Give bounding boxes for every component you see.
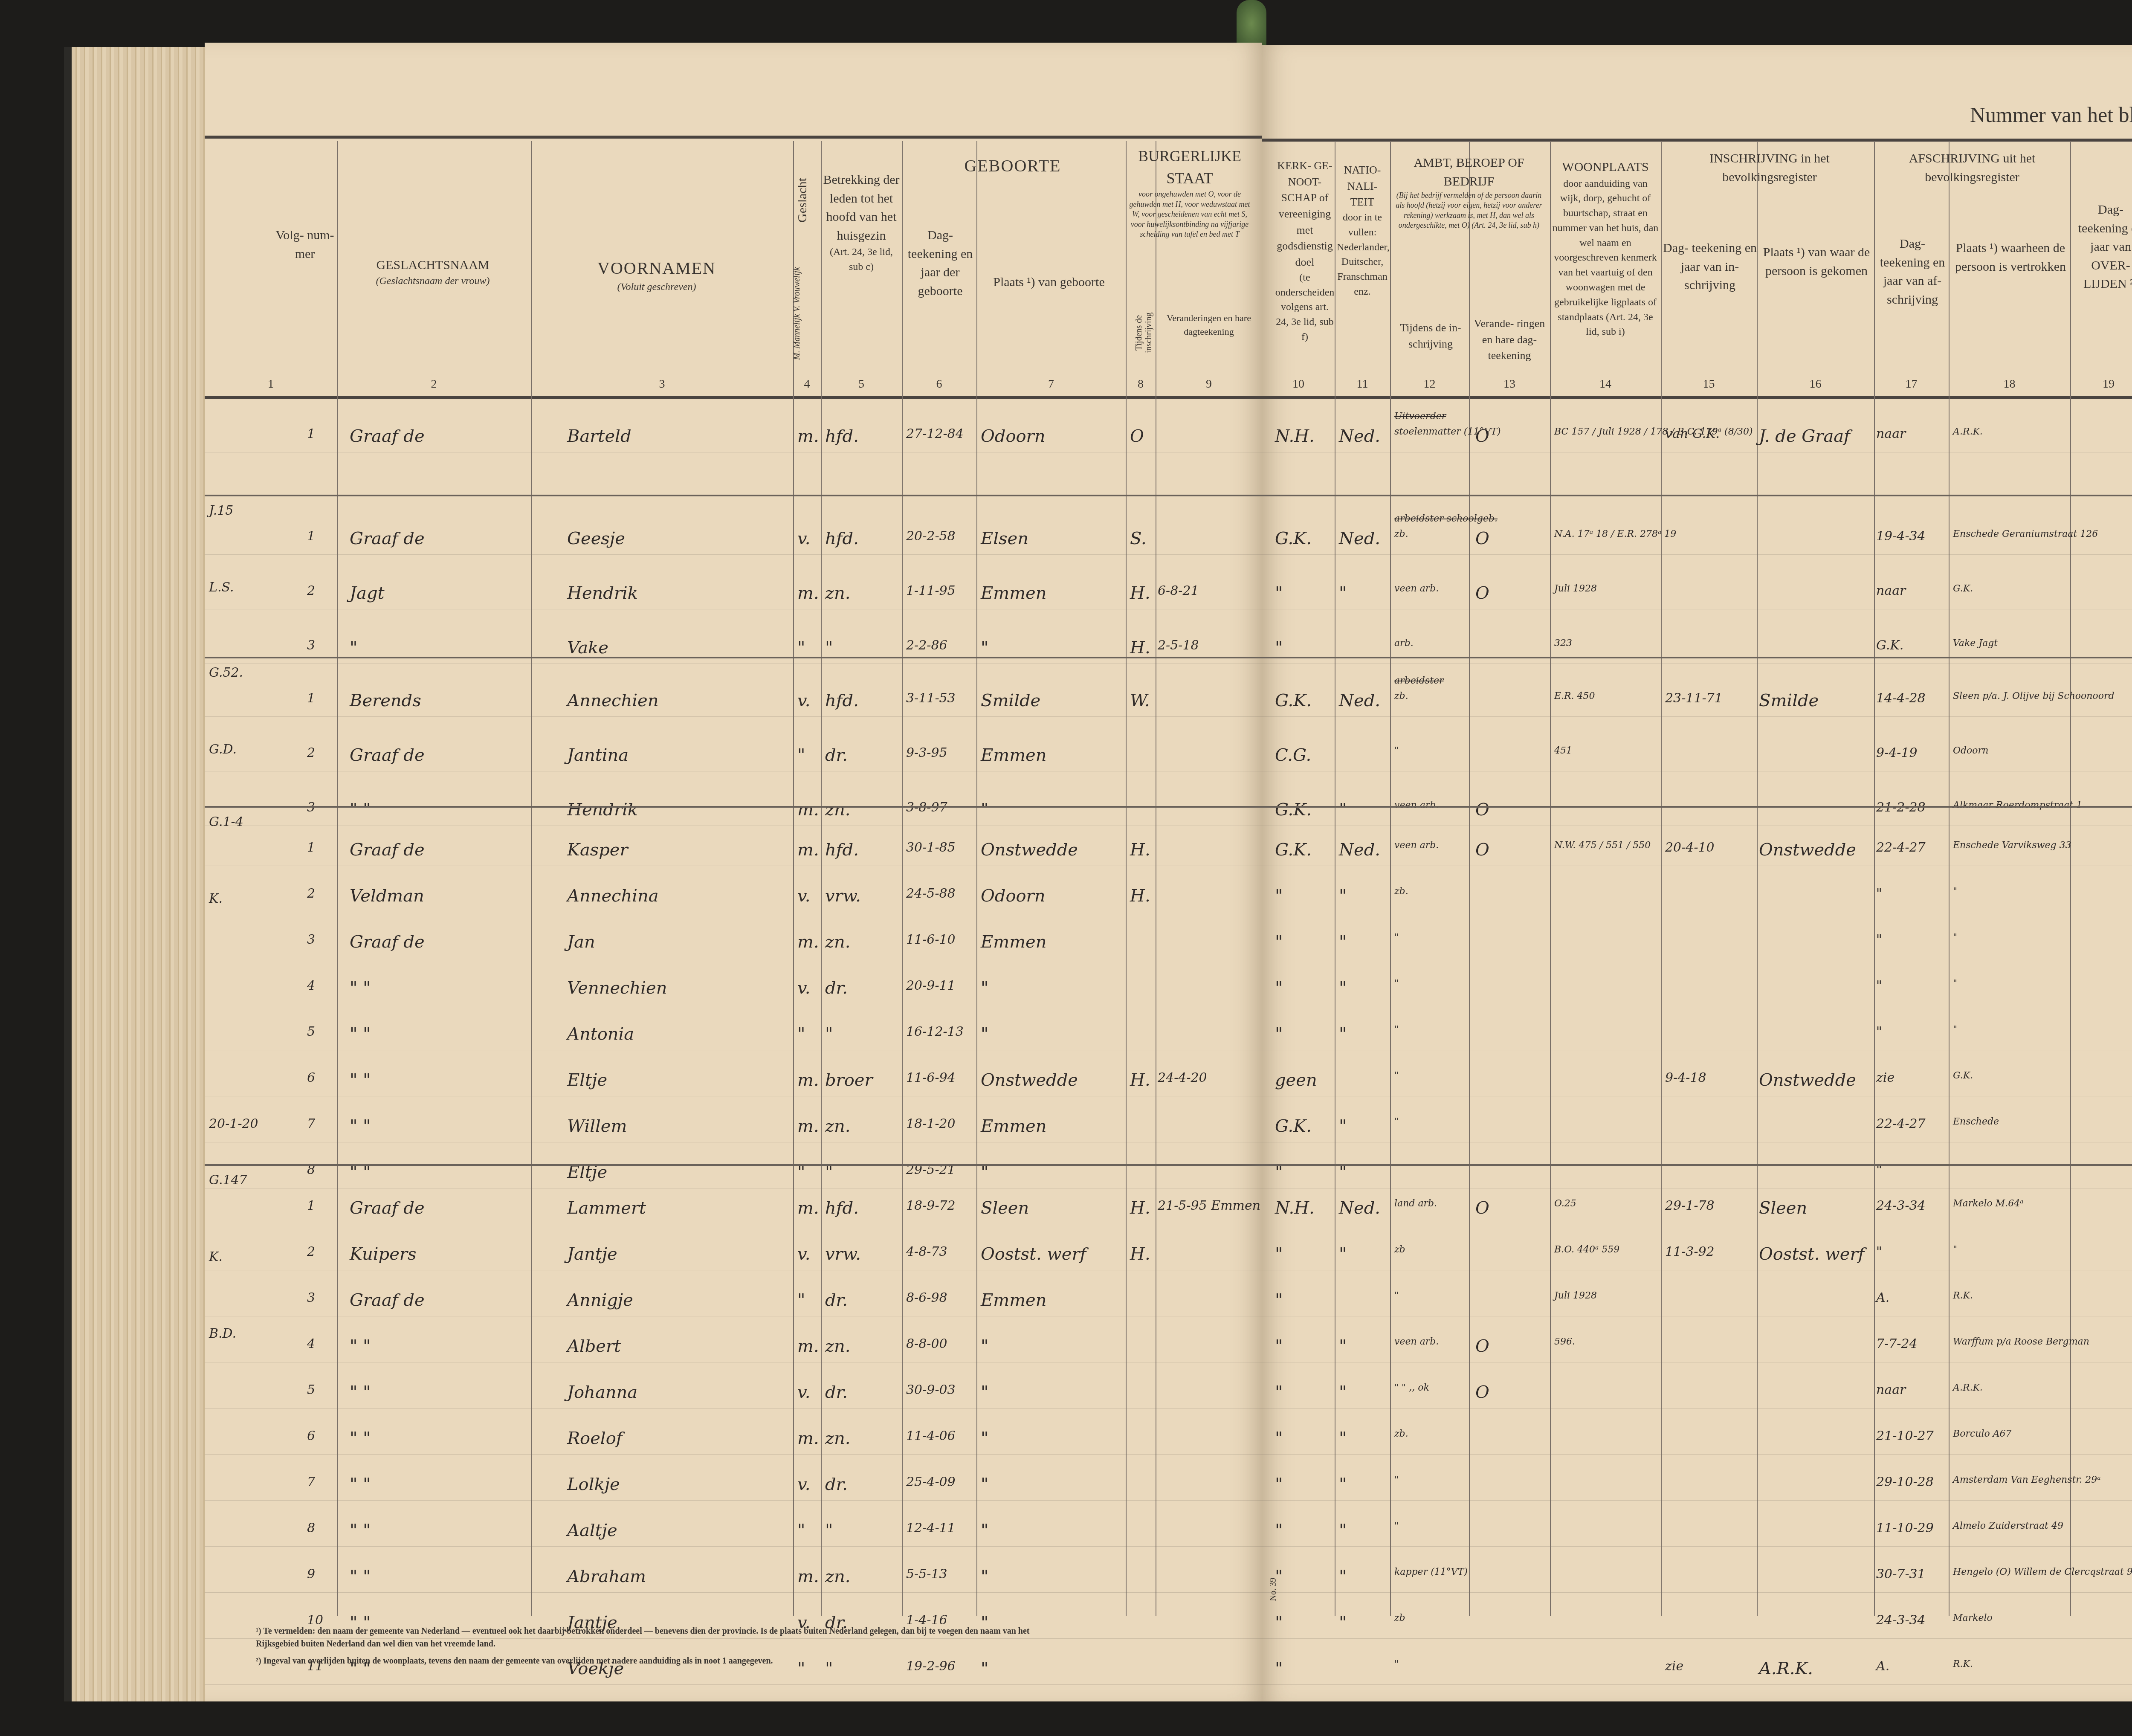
cell-surname: Graaf de xyxy=(350,745,425,765)
cell-born: 2-2-86 xyxy=(906,638,947,653)
cell-surname: Graaf de xyxy=(350,529,425,548)
cell-church: " xyxy=(1275,1613,1283,1632)
column-number: 10 xyxy=(1262,377,1335,391)
cell-job-change: O xyxy=(1475,529,1489,548)
cell-nr: 7 xyxy=(307,1116,315,1131)
cell-out-date: A. xyxy=(1876,1290,1889,1305)
cell-sex: m. xyxy=(797,1116,819,1136)
cell-rel: hfd. xyxy=(825,691,859,710)
cell-job: arb. xyxy=(1394,638,1414,649)
cell-address: Juli 1928 xyxy=(1554,1290,1597,1301)
cell-job: veen arb. xyxy=(1394,840,1439,851)
cell-born: 9-3-95 xyxy=(906,745,947,760)
header-bottom-rule-right xyxy=(1262,396,2132,399)
cell-nat: Ned. xyxy=(1339,691,1380,710)
col-header-5: Betrekking der leden tot het hoofd van h… xyxy=(823,171,900,275)
cell-sex: v. xyxy=(797,529,811,548)
col-header-6: Dag- teekening en jaar der geboorte xyxy=(904,226,976,300)
cell-nat: " xyxy=(1339,1567,1347,1586)
column-number: 5 xyxy=(821,377,902,391)
cell-address: O.25 xyxy=(1554,1198,1576,1209)
cell-place: Emmen xyxy=(981,1290,1047,1310)
col-header-7: Plaats ¹) van geboorte xyxy=(976,273,1121,292)
cell-church: geen xyxy=(1275,1070,1317,1090)
cell-out-place: Enschede xyxy=(1953,1116,1999,1127)
margin-note: G.52. xyxy=(209,665,243,680)
cell-place: " xyxy=(981,1567,988,1586)
household-divider xyxy=(205,806,2132,808)
cell-place: " xyxy=(981,638,988,658)
cell-out-date: 30-7-31 xyxy=(1876,1567,1926,1582)
column-divider xyxy=(1874,141,1875,1616)
col-header-2: GESLACHTSNAAM(Geslachtsnaam der vrouw) xyxy=(337,256,529,288)
cell-nr: 4 xyxy=(307,978,315,993)
cell-first: Jantje xyxy=(567,1244,617,1264)
cell-out-date: 22-4-27 xyxy=(1876,1116,1926,1131)
cell-place: " xyxy=(981,1521,988,1540)
cell-civil: O xyxy=(1130,426,1144,446)
cell-first: Albert xyxy=(567,1336,621,1356)
cell-nat: " xyxy=(1339,1429,1347,1448)
cell-sex: " xyxy=(797,1521,805,1540)
cell-civil-change: 24-4-20 xyxy=(1158,1070,1207,1085)
cell-surname: " " xyxy=(350,800,371,820)
cell-first: Vennechien xyxy=(567,978,667,998)
cell-civil: H. xyxy=(1130,1244,1150,1264)
household-divider xyxy=(205,657,2132,658)
column-number: 3 xyxy=(531,377,793,391)
household-divider xyxy=(205,1164,2132,1166)
cell-sex: m. xyxy=(797,840,819,860)
cell-civil: S. xyxy=(1130,529,1147,548)
cell-nat: " xyxy=(1339,800,1347,820)
cell-out-place: Borculo A67 xyxy=(1953,1429,2012,1439)
cell-first: Kasper xyxy=(567,840,628,860)
cell-out-place: Hengelo (O) Willem de Clercqstraat 9 xyxy=(1953,1567,2132,1577)
column-divider xyxy=(531,141,532,1616)
cell-civil: H. xyxy=(1130,840,1150,860)
cell-nat: " xyxy=(1339,1244,1347,1264)
column-number: 1 xyxy=(205,377,337,391)
cell-church: " xyxy=(1275,1475,1283,1494)
cell-church: " xyxy=(1275,1336,1283,1356)
cell-nr: 1 xyxy=(307,840,315,855)
cell-church: N.H. xyxy=(1275,1198,1315,1218)
cell-out-place: Warffum p/a Roose Bergman xyxy=(1953,1336,2089,1347)
cell-nat: Ned. xyxy=(1339,1198,1380,1218)
cell-nr: 8 xyxy=(307,1521,315,1536)
cell-sex: m. xyxy=(797,1070,819,1090)
cell-job: zb. xyxy=(1394,529,1408,539)
cell-in-date: 20-4-10 xyxy=(1665,840,1715,855)
cell-place: Onstwedde xyxy=(981,840,1078,860)
col-header-10: KERK- GE- NOOT- SCHAP of vereeniging met… xyxy=(1275,158,1335,345)
col-group-afschrijving: AFSCHRIJVING uit het bevolkingsregister xyxy=(1876,149,2068,186)
sheet-number-title: Nummer van het blad xyxy=(1970,102,2132,127)
cell-rel: " xyxy=(825,638,833,658)
column-number: 17 xyxy=(1874,377,1949,391)
cell-job: " xyxy=(1394,1659,1399,1669)
cell-rel: " xyxy=(825,1024,833,1044)
cell-civil-change: 2-5-18 xyxy=(1158,638,1199,653)
cell-rel: zn. xyxy=(825,1336,851,1356)
cell-place: Emmen xyxy=(981,745,1047,765)
cell-sex: v. xyxy=(797,1382,811,1402)
cell-out-place: Odoorn xyxy=(1953,745,1988,756)
cell-job: " xyxy=(1394,1521,1399,1531)
cell-out-place: Vake Jagt xyxy=(1953,638,1998,649)
cell-first: Abraham xyxy=(567,1567,646,1586)
cell-place: " xyxy=(981,800,988,820)
cell-out-date: " xyxy=(1876,886,1882,901)
cell-surname: Graaf de xyxy=(350,932,425,952)
cell-rel: dr. xyxy=(825,1475,848,1494)
cell-out-date: 24-3-34 xyxy=(1876,1198,1926,1213)
cell-first: Jantina xyxy=(567,745,629,765)
cell-church: " xyxy=(1275,1382,1283,1402)
cell-nat: " xyxy=(1339,1116,1347,1136)
cell-job: zb. xyxy=(1394,1429,1408,1439)
cell-job: " xyxy=(1394,978,1399,989)
cell-out-place: R.K. xyxy=(1953,1659,1973,1669)
cell-out-date: 14-4-28 xyxy=(1876,691,1926,706)
cell-out-place: A.R.K. xyxy=(1953,426,1983,437)
col-header-17: Dag- teekening en jaar van af- schrijvin… xyxy=(1876,235,1949,309)
header-top-rule-left xyxy=(205,136,1262,139)
cell-job: " " ,, ok xyxy=(1394,1382,1429,1393)
col-header-14: WOONPLAATSdoor aanduiding van wijk, dorp… xyxy=(1552,158,1659,339)
cell-in-date: van G.K. xyxy=(1665,426,1720,441)
cell-nr: 6 xyxy=(307,1429,315,1443)
cell-church: " xyxy=(1275,1244,1283,1264)
cell-address: B.O. 440ᵃ 559 xyxy=(1554,1244,1619,1255)
column-number: 6 xyxy=(902,377,976,391)
cell-nr: 6 xyxy=(307,1070,315,1085)
column-divider xyxy=(1949,141,1950,1616)
col-header-3: VOORNAMEN(Voluit geschreven) xyxy=(533,256,780,294)
cell-sex: m. xyxy=(797,426,819,446)
cell-nr: 1 xyxy=(307,529,315,544)
cell-job-struck: Uitvoerder xyxy=(1394,411,1446,422)
cell-address: 596. xyxy=(1554,1336,1575,1347)
cell-place: " xyxy=(981,978,988,998)
cell-job: veen arb. xyxy=(1394,583,1439,594)
household-divider xyxy=(205,495,2132,496)
cell-church: " xyxy=(1275,1290,1283,1310)
cell-address: 323 xyxy=(1554,638,1572,649)
cell-nat: " xyxy=(1339,1475,1347,1494)
cell-sex: m. xyxy=(797,1198,819,1218)
cell-out-place: G.K. xyxy=(1953,1070,1973,1081)
cell-address: N.W. 475 / 551 / 550 xyxy=(1554,840,1651,851)
cell-out-place: Almelo Zuiderstraat 49 xyxy=(1953,1521,2063,1531)
col-header-8: Tijdens de inschrijving xyxy=(1134,299,1154,367)
column-divider xyxy=(976,141,977,1616)
cell-out-date: 7-7-24 xyxy=(1876,1336,1918,1351)
cell-civil-change: 21-5-95 Emmen xyxy=(1158,1198,1260,1213)
cell-rel: dr. xyxy=(825,1290,848,1310)
col-header-11: NATIO- NALI- TEITdoor in te vullen: Nede… xyxy=(1337,162,1388,299)
cell-job-change: O xyxy=(1475,1382,1489,1402)
cell-nr: 2 xyxy=(307,583,315,598)
cell-out-date: 19-4-34 xyxy=(1876,529,1926,544)
cell-nr: 1 xyxy=(307,1198,315,1213)
column-number: 7 xyxy=(976,377,1126,391)
cell-church: G.K. xyxy=(1275,800,1312,820)
cell-born: 30-1-85 xyxy=(906,840,956,855)
cell-surname: Graaf de xyxy=(350,840,425,860)
column-number: 12 xyxy=(1390,377,1469,391)
cell-job-struck: arbeidster xyxy=(1394,675,1444,686)
cell-sex: m. xyxy=(797,583,819,603)
cell-in-place: A.R.K. xyxy=(1759,1659,1813,1678)
col-group-geboorte: GEBOORTE xyxy=(904,154,1121,178)
cell-place: " xyxy=(981,1382,988,1402)
cell-sex: v. xyxy=(797,691,811,710)
cell-out-date: 9-4-19 xyxy=(1876,745,1918,760)
cell-surname: " " xyxy=(350,1567,371,1586)
cell-sex: " xyxy=(797,745,805,765)
cell-job: " xyxy=(1394,1116,1399,1127)
cell-out-place: Markelo xyxy=(1953,1613,1993,1623)
column-divider xyxy=(1390,141,1391,1616)
cell-out-date: 11-10-29 xyxy=(1876,1521,1934,1536)
col-header-19: Dag- teekening en jaar van OVER- LIJDEN … xyxy=(2072,200,2132,293)
cell-born: 8-6-98 xyxy=(906,1290,947,1305)
cell-born: 27-12-84 xyxy=(906,426,964,441)
cell-first: Roelof xyxy=(567,1429,623,1448)
col-header-18: Plaats ¹) waarheen de persoon is vertrok… xyxy=(1951,239,2070,276)
column-divider xyxy=(1156,141,1156,1616)
cell-born: 4-8-73 xyxy=(906,1244,947,1259)
column-number: 8 xyxy=(1126,377,1156,391)
column-divider xyxy=(1126,141,1127,1616)
cell-out-date: " xyxy=(1876,1024,1882,1039)
cell-civil: H. xyxy=(1130,1198,1150,1218)
column-divider xyxy=(1469,141,1470,1616)
cell-church: " xyxy=(1275,978,1283,998)
column-divider xyxy=(1661,141,1662,1616)
cell-place: Odoorn xyxy=(981,426,1045,446)
cell-address: 451 xyxy=(1554,745,1572,756)
cell-born: 30-9-03 xyxy=(906,1382,956,1397)
cell-out-date: A. xyxy=(1876,1659,1889,1674)
cell-sex: v. xyxy=(797,1475,811,1494)
cell-in-place: J. de Graaf xyxy=(1759,426,1850,446)
cell-sex: " xyxy=(797,1024,805,1044)
cell-job-change: O xyxy=(1475,800,1489,820)
cell-nat: " xyxy=(1339,1024,1347,1044)
cell-job-change: O xyxy=(1475,1198,1489,1218)
cell-place: Elsen xyxy=(981,529,1028,548)
cell-born: 3-11-53 xyxy=(906,691,956,706)
cell-out-date: naar xyxy=(1876,583,1906,598)
cell-sex: v. xyxy=(797,886,811,906)
cell-rel: zn. xyxy=(825,932,851,952)
cell-nr: 1 xyxy=(307,426,315,441)
cell-sex: v. xyxy=(797,1244,811,1264)
cell-address: BC 157 / Juli 1928 / 178 / B.C. 179ᵃ (8/… xyxy=(1554,426,1753,437)
cell-in-place: Smilde xyxy=(1759,691,1819,710)
cell-rel: hfd. xyxy=(825,529,859,548)
column-number: 9 xyxy=(1156,377,1262,391)
cell-job-struck: arbeidster schoolgeb. xyxy=(1394,513,1498,524)
cell-place: " xyxy=(981,1429,988,1448)
cell-nr: 5 xyxy=(307,1024,315,1039)
cell-nat: Ned. xyxy=(1339,840,1380,860)
cell-civil: H. xyxy=(1130,886,1150,906)
col-header-15: Dag- teekening en jaar van in- schrijvin… xyxy=(1663,239,1757,295)
cell-first: Jan xyxy=(567,932,595,952)
cell-sex: m. xyxy=(797,932,819,952)
cell-born: 5-5-13 xyxy=(906,1567,947,1582)
cell-nat: " xyxy=(1339,1336,1347,1356)
column-divider xyxy=(1550,141,1551,1616)
margin-note: K. xyxy=(209,891,223,906)
cell-born: 18-9-72 xyxy=(906,1198,956,1213)
cell-out-place: Alkmaar Roerdompstraat 1 xyxy=(1953,800,2082,811)
cell-first: Geesje xyxy=(567,529,625,548)
column-divider xyxy=(1335,141,1335,1616)
cell-first: Antonia xyxy=(567,1024,634,1044)
cell-surname: " xyxy=(350,638,357,658)
cell-nr: 4 xyxy=(307,1336,315,1351)
cell-nat: " xyxy=(1339,1521,1347,1540)
cell-nr: 3 xyxy=(307,932,315,947)
cell-nr: 1 xyxy=(307,691,315,706)
col-header-13: Verande- ringen en hare dag- teekening xyxy=(1471,316,1548,364)
cell-rel: zn. xyxy=(825,800,851,820)
cell-out-place: Enschede Geraniumstraat 126 xyxy=(1953,529,2098,539)
cell-born: 20-9-11 xyxy=(906,978,956,993)
cell-first: Annigje xyxy=(567,1290,633,1310)
cell-nat: Ned. xyxy=(1339,529,1380,548)
cell-out-date: naar xyxy=(1876,1382,1906,1397)
cell-nat: " xyxy=(1339,886,1347,906)
cell-church: " xyxy=(1275,932,1283,952)
col-header-16: Plaats ¹) van waar de persoon is gekomen xyxy=(1757,243,1876,280)
cell-place: Emmen xyxy=(981,583,1047,603)
column-divider xyxy=(902,141,903,1616)
cell-out-place: " xyxy=(1953,886,1957,897)
cell-surname: " " xyxy=(350,1336,371,1356)
cell-address: E.R. 450 xyxy=(1554,691,1595,701)
cell-in-place: Onstwedde xyxy=(1759,1070,1856,1090)
cell-sex: m. xyxy=(797,1429,819,1448)
cell-first: Barteld xyxy=(567,426,631,446)
col-header-1: Volg- num- mer xyxy=(264,226,345,263)
footnote-1: ¹) Te vermelden: den naam der gemeente v… xyxy=(256,1625,1066,1650)
cell-first: Vake xyxy=(567,638,608,658)
cell-job: " xyxy=(1394,1024,1399,1035)
cell-nr: 3 xyxy=(307,1290,315,1305)
cell-out-place: G.K. xyxy=(1953,583,1973,594)
col-header-4-sub: M. Mannelijk V. Vrouwelijk xyxy=(792,264,802,362)
column-number: 4 xyxy=(793,377,821,391)
cell-first: Lammert xyxy=(567,1198,646,1218)
cell-job: zb. xyxy=(1394,886,1408,897)
cell-place: Smilde xyxy=(981,691,1040,710)
cell-church: " xyxy=(1275,1659,1283,1678)
cell-out-place: " xyxy=(1953,1244,1957,1255)
cell-church: " xyxy=(1275,1024,1283,1044)
cell-first: Hendrik xyxy=(567,800,638,820)
cell-out-place: Markelo M.64ᵃ xyxy=(1953,1198,2024,1209)
margin-note: J.15 xyxy=(209,503,233,518)
cell-place: Emmen xyxy=(981,932,1047,952)
cell-out-date: " xyxy=(1876,978,1882,993)
col-group-inschrijving: INSCHRIJVING in het bevolkingsregister xyxy=(1663,149,1876,186)
column-divider xyxy=(821,141,822,1616)
column-number: 15 xyxy=(1661,377,1757,391)
cell-rel: dr. xyxy=(825,745,848,765)
cell-church: " xyxy=(1275,1429,1283,1448)
cell-job: veen arb. xyxy=(1394,1336,1439,1347)
cell-civil: W. xyxy=(1130,691,1150,710)
cell-out-date: naar xyxy=(1876,426,1906,441)
cell-job: " xyxy=(1394,1290,1399,1301)
cell-civil: H. xyxy=(1130,638,1150,658)
cell-surname: Graaf de xyxy=(350,1290,425,1310)
cell-job: " xyxy=(1394,932,1399,943)
cell-out-date: " xyxy=(1876,932,1882,947)
cell-out-place: R.K. xyxy=(1953,1290,1973,1301)
cell-first: Eltje xyxy=(567,1070,607,1090)
cell-civil: H. xyxy=(1130,583,1150,603)
cell-nat: " xyxy=(1339,932,1347,952)
column-number: 13 xyxy=(1469,377,1550,391)
cell-surname: " " xyxy=(350,1429,371,1448)
cell-church: G.K. xyxy=(1275,840,1312,860)
cell-rel: broer xyxy=(825,1070,873,1090)
cell-out-place: Amsterdam Van Eeghenstr. 29ᵃ xyxy=(1953,1475,2101,1485)
cell-nat: " xyxy=(1339,1613,1347,1632)
cell-surname: " " xyxy=(350,1116,371,1136)
cell-born: 12-4-11 xyxy=(906,1521,956,1536)
cell-in-date: 9-4-18 xyxy=(1665,1070,1706,1085)
cell-first: Aaltje xyxy=(567,1521,617,1540)
cell-rel: zn. xyxy=(825,1116,851,1136)
margin-note: L.S. xyxy=(209,580,234,595)
cell-in-place: Onstwedde xyxy=(1759,840,1856,860)
cell-out-date: G.K. xyxy=(1876,638,1903,653)
cell-church: G.K. xyxy=(1275,691,1312,710)
cell-out-place: " xyxy=(1953,978,1957,989)
cell-out-place: " xyxy=(1953,1024,1957,1035)
cell-surname: " " xyxy=(350,978,371,998)
cell-surname: Kuipers xyxy=(350,1244,416,1264)
cell-nat: " xyxy=(1339,583,1347,603)
cell-job: zb xyxy=(1394,1613,1405,1623)
cell-surname: " " xyxy=(350,1382,371,1402)
cell-job: land arb. xyxy=(1394,1198,1437,1209)
cell-rel: zn. xyxy=(825,583,851,603)
cell-church: " xyxy=(1275,583,1283,603)
cell-nat: Ned. xyxy=(1339,426,1380,446)
cell-job: veen arb. xyxy=(1394,800,1439,811)
cell-nat: " xyxy=(1339,1382,1347,1402)
cell-in-date: zie xyxy=(1665,1659,1683,1674)
cell-first: Annechien xyxy=(567,691,658,710)
column-number: 2 xyxy=(337,377,531,391)
cell-out-place: Enschede Varviksweg 33 xyxy=(1953,840,2071,851)
cell-rel: vrw. xyxy=(825,886,861,906)
cell-rel: " xyxy=(825,1521,833,1540)
cell-nr: 2 xyxy=(307,745,315,760)
cell-born: 11-6-10 xyxy=(906,932,956,947)
cell-in-place: Oostst. werf xyxy=(1759,1244,1864,1264)
cell-civil: H. xyxy=(1130,1070,1150,1090)
